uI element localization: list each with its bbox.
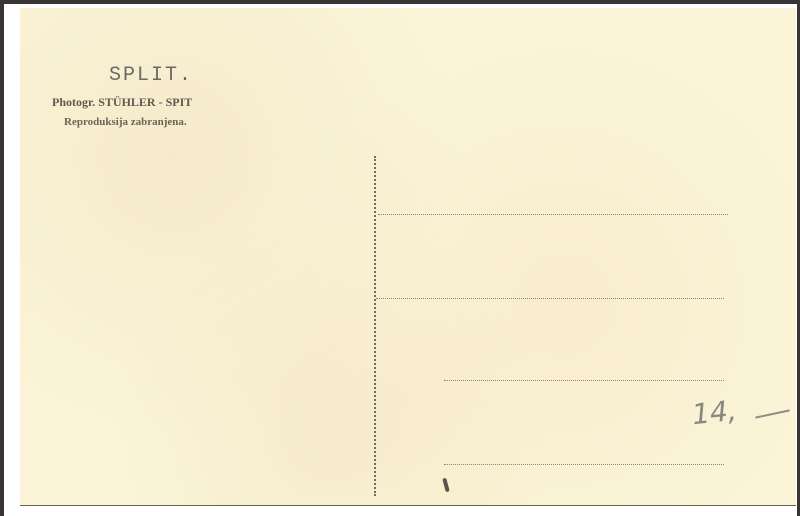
scan-frame-top: [0, 0, 800, 4]
ink-mark: [442, 478, 449, 493]
address-line-1: [378, 214, 728, 215]
postcard-back: SPLIT. Photogr. STÜHLER - SPIT Reproduks…: [20, 8, 796, 505]
address-line-2: [376, 298, 724, 299]
handwritten-price: 14,: [690, 394, 738, 431]
address-line-3: [444, 380, 724, 381]
postcard-title: SPLIT.: [109, 64, 193, 87]
scan-frame-left: [0, 0, 4, 516]
address-line-4: [444, 464, 724, 465]
dotted-divider: [374, 156, 376, 496]
handwritten-dash: [755, 409, 790, 418]
photographer-credit: Photogr. STÜHLER - SPIT: [52, 95, 192, 110]
reproduction-notice: Reproduksija zabranjena.: [64, 116, 187, 128]
